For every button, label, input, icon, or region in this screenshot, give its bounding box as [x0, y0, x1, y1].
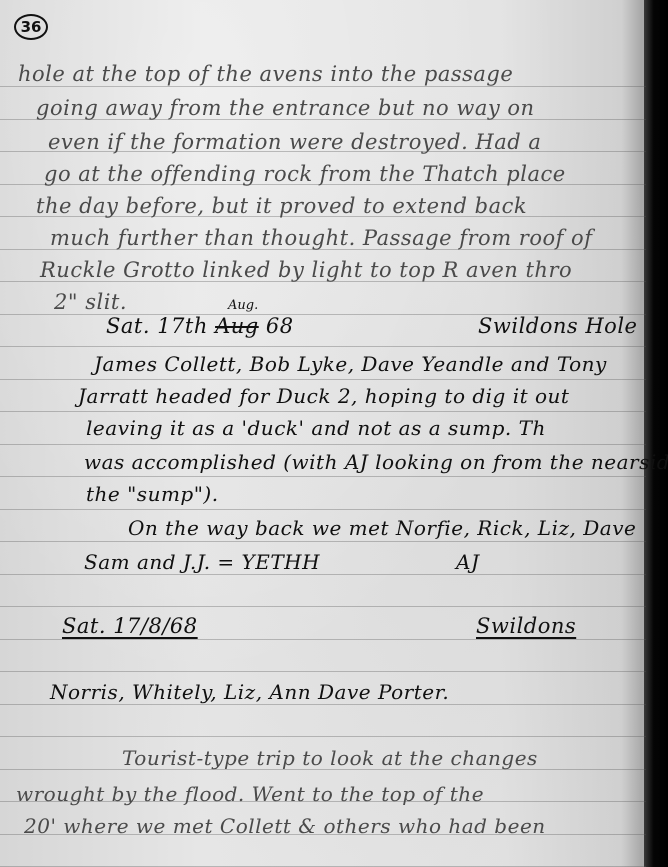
ruled-line: [0, 444, 646, 445]
party-list: Norris, Whitely, Liz, Ann Dave Porter.: [50, 680, 449, 704]
ruled-line: [0, 704, 646, 705]
ruled-line: [0, 606, 646, 607]
text-line: hole at the top of the avens into the pa…: [18, 62, 513, 86]
text-line: On the way back we met Norfie, Rick, Liz…: [128, 516, 636, 540]
ruled-line: [0, 541, 646, 542]
entry-date: Sat. 17/8/68: [62, 614, 198, 638]
text-line: wrought by the flood. Went to the top of…: [16, 782, 484, 806]
ruled-line: [0, 639, 646, 640]
ruled-line: [0, 574, 646, 575]
entry-location: Swildons Hole: [478, 314, 637, 338]
text-line: leaving it as a 'duck' and not as a sump…: [86, 416, 546, 440]
ruled-line: [0, 671, 646, 672]
ruled-line: [0, 476, 646, 477]
entry-date-struck: Aug: [215, 314, 259, 338]
date-correction: Aug.: [228, 298, 258, 313]
text-line: was accomplished (with AJ looking on fro…: [84, 450, 668, 474]
ruled-line: [0, 86, 646, 87]
text-line: Jarratt headed for Duck 2, hoping to dig…: [78, 384, 569, 408]
notebook-page: 36 hole at the top of the avens into the…: [0, 0, 668, 867]
ruled-line: [0, 379, 646, 380]
entry-date-day: Sat. 17th: [106, 314, 208, 338]
page-number: 36: [14, 14, 48, 40]
text-line: Tourist-type trip to look at the changes: [122, 746, 538, 770]
text-line: going away from the entrance but no way …: [36, 96, 535, 120]
entry-date: Sat. 17th Aug 68: [106, 314, 294, 338]
text-line: 2" slit.: [54, 290, 127, 314]
entry-date-year: 68: [266, 314, 294, 338]
entry-location: Swildons: [476, 614, 576, 638]
signature: AJ: [456, 550, 479, 574]
ruled-line: [0, 411, 646, 412]
text-line: 20' where we met Collett & others who ha…: [24, 814, 546, 838]
text-line: the "sump").: [86, 482, 219, 506]
ruled-line: [0, 346, 646, 347]
text-line: even if the formation were destroyed. Ha…: [48, 130, 541, 154]
text-line: much further than thought. Passage from …: [50, 226, 592, 250]
text-line: Sam and J.J. = YETHH: [84, 550, 320, 574]
text-line: the day before, but it proved to extend …: [36, 194, 527, 218]
text-line: Ruckle Grotto linked by light to top R a…: [40, 258, 572, 282]
text-line: James Collett, Bob Lyke, Dave Yeandle an…: [94, 352, 607, 376]
ruled-line: [0, 736, 646, 737]
text-line: go at the offending rock from the Thatch…: [44, 162, 566, 186]
page-edge-shadow: [644, 0, 668, 867]
ruled-line: [0, 509, 646, 510]
